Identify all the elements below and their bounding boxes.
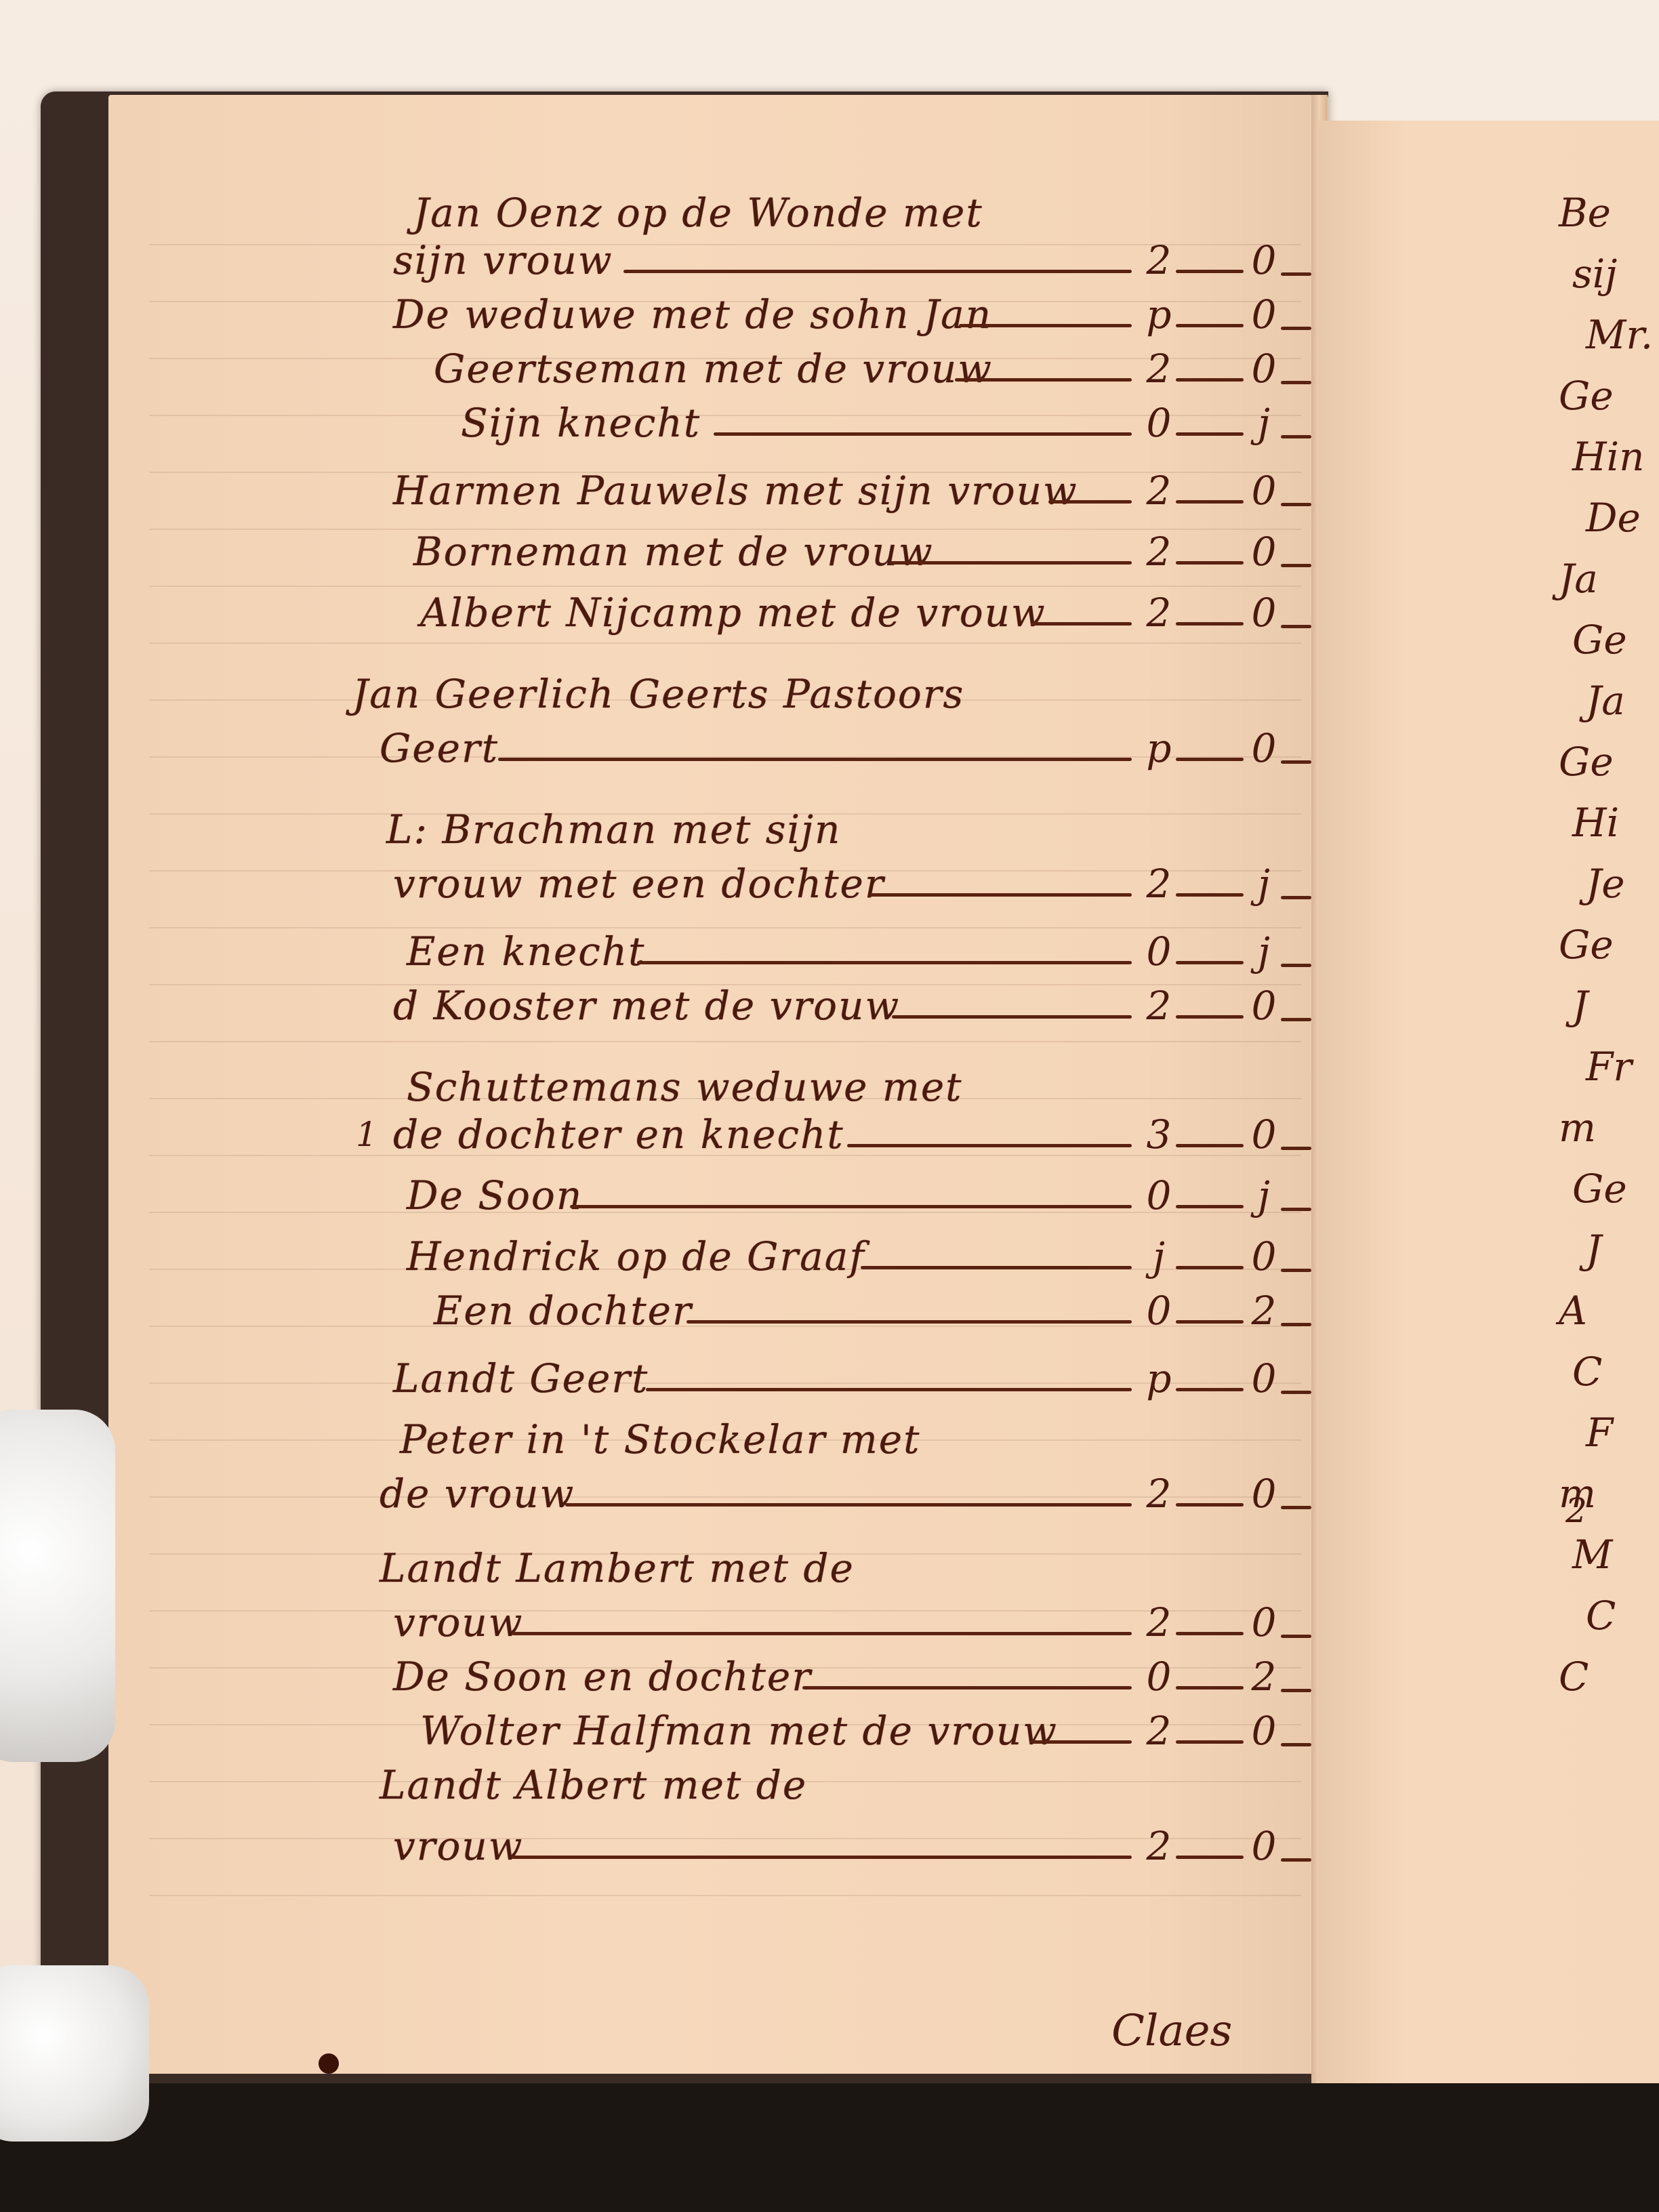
count-separator — [1176, 1686, 1244, 1689]
count-adults: 0 — [1142, 1654, 1176, 1700]
right-page-text-fragment: C — [1572, 1349, 1602, 1395]
entry-name: Hendrick op de Graaf — [407, 1233, 865, 1279]
register-entry: de vrouw20 — [0, 1471, 1315, 1525]
leader-dash — [955, 378, 1132, 382]
entry-name: vrouw — [393, 1823, 523, 1869]
count-adults: 2 — [1142, 237, 1176, 283]
ruled-line — [149, 1895, 1301, 1896]
right-page-text-fragment: C — [1559, 1654, 1589, 1700]
count-separator — [1176, 961, 1244, 964]
count-trailing-dash — [1281, 760, 1311, 764]
count-children: 0 — [1247, 1599, 1281, 1645]
count-children: 0 — [1247, 1823, 1281, 1869]
count-adults: 0 — [1142, 400, 1176, 446]
entry-name: Jan Oenz op de Wonde met — [413, 190, 983, 236]
register-entry: Landt Albert met de — [0, 1762, 1315, 1816]
catchword: Claes — [1111, 2006, 1232, 2056]
count-children: 0 — [1247, 1708, 1281, 1754]
leader-dash — [892, 1015, 1132, 1019]
count-separator — [1176, 1740, 1244, 1744]
entry-name: Peter in 't Stockelar met — [400, 1416, 920, 1462]
right-page-text-fragment: C — [1586, 1593, 1616, 1639]
entry-name: De Soon en dochter — [393, 1654, 812, 1700]
count-children: 0 — [1247, 1355, 1281, 1401]
count-adults: 2 — [1142, 590, 1176, 636]
count-children: 0 — [1247, 1111, 1281, 1158]
count-separator — [1176, 1015, 1244, 1019]
count-trailing-dash — [1281, 1391, 1311, 1394]
count-children: 2 — [1247, 1288, 1281, 1334]
right-page-text-fragment: m — [1559, 1105, 1596, 1151]
register-entry: Geertseman met de vrouw20 — [0, 346, 1315, 400]
entry-name: sijn vrouw — [393, 237, 613, 283]
leader-dash — [959, 324, 1132, 327]
count-children: 0 — [1247, 1471, 1281, 1517]
count-adults: 0 — [1142, 1172, 1176, 1218]
count-separator — [1176, 1205, 1244, 1208]
ruled-line — [149, 586, 1301, 587]
count-separator — [1176, 1144, 1244, 1147]
entry-name: Harmen Pauwels met sijn vrouw — [393, 468, 1078, 514]
count-children: 0 — [1247, 725, 1281, 771]
leader-dash — [714, 432, 1132, 436]
count-trailing-dash — [1281, 1858, 1311, 1862]
leader-dash — [512, 1632, 1132, 1635]
register-entry: Jan Geerlich Geerts Pastoors — [0, 671, 1315, 725]
entry-name: d Kooster met de vrouw — [393, 983, 900, 1029]
gloved-hand-top — [0, 1410, 115, 1762]
leader-dash — [890, 561, 1132, 565]
register-entry: d Kooster met de vrouw20 — [0, 983, 1315, 1037]
entry-name: Geertseman met de vrouw — [434, 346, 993, 392]
entry-name: Sijn knecht — [461, 400, 701, 446]
count-separator — [1176, 432, 1244, 436]
register-entry: de dochter en knecht30 — [0, 1111, 1315, 1166]
count-adults: 2 — [1142, 983, 1176, 1029]
right-page-text-fragment: Ge — [1559, 739, 1614, 785]
leader-dash — [1031, 1740, 1132, 1744]
count-adults: 2 — [1142, 1471, 1176, 1517]
register-entry: Hendrick op de Graafj0 — [0, 1233, 1315, 1288]
count-children: 0 — [1247, 237, 1281, 283]
right-page-text-fragment: Ge — [1572, 1166, 1627, 1212]
count-trailing-dash — [1281, 435, 1311, 438]
register-entry: Peter in 't Stockelar met — [0, 1416, 1315, 1471]
leader-dash — [565, 1503, 1132, 1507]
entry-name: De Soon — [407, 1172, 583, 1218]
count-children: 0 — [1247, 468, 1281, 514]
count-separator — [1176, 1632, 1244, 1635]
leader-dash — [512, 1856, 1132, 1859]
entry-name: vrouw — [393, 1599, 523, 1645]
leader-dash — [1031, 622, 1132, 626]
count-adults: p — [1142, 291, 1176, 337]
count-separator — [1176, 1503, 1244, 1507]
register-entry: De Soon en dochter02 — [0, 1654, 1315, 1708]
leader-dash — [637, 961, 1132, 964]
entry-name: Landt Lambert met de — [380, 1545, 855, 1591]
right-page-text-fragment: sij — [1572, 251, 1617, 297]
register-entry: Wolter Halfman met de vrouw20 — [0, 1708, 1315, 1762]
leader-dash — [847, 1144, 1132, 1147]
leader-dash — [623, 270, 1132, 273]
ruled-line — [149, 1041, 1301, 1042]
count-children: 0 — [1247, 291, 1281, 337]
register-entry: Borneman met de vrouw20 — [0, 529, 1315, 583]
leader-dash — [802, 1686, 1132, 1689]
right-page-text-fragment: J — [1572, 983, 1588, 1029]
right-page-text-fragment: Be — [1559, 190, 1611, 236]
register-entry: L: Brachman met sijn — [0, 806, 1315, 861]
register-entry: vrouw20 — [0, 1599, 1315, 1654]
count-trailing-dash — [1281, 896, 1311, 899]
count-trailing-dash — [1281, 503, 1311, 506]
right-page-text-fragment: Je — [1586, 861, 1625, 907]
right-page-text-fragment: Ge — [1559, 373, 1614, 419]
count-trailing-dash — [1281, 272, 1311, 276]
register-entry: sijn vrouw20 — [0, 237, 1315, 291]
dark-binding-floor — [0, 2083, 1659, 2212]
register-entry: De weduwe met de sohn Janp0 — [0, 291, 1315, 346]
count-separator — [1176, 893, 1244, 897]
register-entry: Landt Geertp0 — [0, 1355, 1315, 1410]
count-trailing-dash — [1281, 327, 1311, 330]
entry-name: Een dochter — [434, 1288, 693, 1334]
right-page-text-fragment: J — [1586, 1227, 1601, 1273]
count-trailing-dash — [1281, 625, 1311, 628]
entry-name: de dochter en knecht — [393, 1111, 844, 1158]
entry-name: Albert Nijcamp met de vrouw — [420, 590, 1046, 636]
count-trailing-dash — [1281, 1208, 1311, 1211]
register-entry: Harmen Pauwels met sijn vrouw20 — [0, 468, 1315, 522]
count-adults: 0 — [1142, 1288, 1176, 1334]
count-children: 0 — [1247, 346, 1281, 392]
right-margin-number: 2 — [1565, 1491, 1587, 1530]
register-entry: Jan Oenz op de Wonde met — [0, 190, 1315, 244]
count-children: j — [1247, 1172, 1281, 1218]
leader-dash — [687, 1320, 1132, 1324]
count-adults: 2 — [1142, 1823, 1176, 1869]
count-trailing-dash — [1281, 1743, 1311, 1746]
count-trailing-dash — [1281, 1689, 1311, 1692]
count-trailing-dash — [1281, 1147, 1311, 1150]
count-adults: 2 — [1142, 861, 1176, 907]
count-separator — [1176, 500, 1244, 504]
entry-name: Borneman met de vrouw — [413, 529, 934, 575]
count-separator — [1176, 324, 1244, 327]
register-entry: Een dochter02 — [0, 1288, 1315, 1342]
right-page-text-fragment: F — [1586, 1410, 1613, 1456]
register-entry: Landt Lambert met de — [0, 1545, 1315, 1599]
count-children: j — [1247, 928, 1281, 975]
count-adults: 3 — [1142, 1111, 1176, 1158]
register-entry: De Soon0j — [0, 1172, 1315, 1227]
register-entry: Geertp0 — [0, 725, 1315, 779]
entry-name: Geert — [380, 725, 499, 771]
right-page-text-fragment: Mr. — [1586, 312, 1653, 358]
count-children: 2 — [1247, 1654, 1281, 1700]
count-trailing-dash — [1281, 964, 1311, 967]
margin-number: 1 — [356, 1115, 377, 1154]
right-page-text-fragment: Fr — [1586, 1044, 1632, 1090]
count-separator — [1176, 622, 1244, 626]
count-children: 0 — [1247, 1233, 1281, 1279]
count-trailing-dash — [1281, 1323, 1311, 1326]
entry-name: Wolter Halfman met de vrouw — [420, 1708, 1058, 1754]
count-children: j — [1247, 400, 1281, 446]
entry-name: Jan Geerlich Geerts Pastoors — [352, 671, 964, 717]
register-entry: Een knecht0j — [0, 928, 1315, 983]
count-adults: 2 — [1142, 346, 1176, 392]
right-page-text-fragment: De — [1586, 495, 1641, 541]
entry-name: de vrouw — [380, 1471, 575, 1517]
right-page-text-fragment: Hi — [1572, 800, 1619, 846]
count-adults: 2 — [1142, 1708, 1176, 1754]
register-entry: vrouw met een dochter2j — [0, 861, 1315, 915]
entry-name: De weduwe met de sohn Jan — [393, 291, 992, 337]
right-page-text-fragment: Hin — [1572, 434, 1644, 480]
count-adults: j — [1142, 1233, 1176, 1279]
count-children: j — [1247, 861, 1281, 907]
count-separator — [1176, 378, 1244, 382]
count-separator — [1176, 1266, 1244, 1269]
right-page-text-fragment: A — [1559, 1288, 1587, 1334]
leader-dash — [646, 1388, 1132, 1391]
count-trailing-dash — [1281, 1635, 1311, 1638]
register-entry: Schuttemans weduwe met — [0, 1064, 1315, 1118]
right-page-text-fragment: Ja — [1586, 678, 1625, 724]
count-separator — [1176, 758, 1244, 761]
count-adults: p — [1142, 725, 1176, 771]
count-trailing-dash — [1281, 564, 1311, 567]
gloved-hand-bottom — [0, 1965, 149, 2142]
count-separator — [1176, 1320, 1244, 1324]
entry-name: Een knecht — [407, 928, 645, 975]
leader-dash — [861, 1266, 1132, 1269]
count-separator — [1176, 270, 1244, 273]
count-adults: p — [1142, 1355, 1176, 1401]
count-trailing-dash — [1281, 1269, 1311, 1272]
entry-name: L: Brachman met sijn — [386, 806, 841, 853]
entry-name: Schuttemans weduwe met — [407, 1064, 963, 1110]
register-entry: Sijn knecht0j — [0, 400, 1315, 454]
right-page-text-fragment: Ge — [1559, 922, 1614, 968]
ink-blot — [319, 2053, 339, 2074]
count-adults: 2 — [1142, 529, 1176, 575]
count-trailing-dash — [1281, 1506, 1311, 1509]
entry-name: vrouw met een dochter — [393, 861, 885, 907]
register-entry: Albert Nijcamp met de vrouw20 — [0, 590, 1315, 644]
count-trailing-dash — [1281, 1018, 1311, 1021]
count-children: 0 — [1247, 529, 1281, 575]
leader-dash — [1048, 500, 1132, 504]
count-adults: 0 — [1142, 928, 1176, 975]
count-separator — [1176, 1388, 1244, 1391]
leader-dash — [570, 1205, 1132, 1208]
count-adults: 2 — [1142, 1599, 1176, 1645]
count-separator — [1176, 561, 1244, 565]
count-adults: 2 — [1142, 468, 1176, 514]
right-page-text-fragment: M — [1572, 1532, 1612, 1578]
register-entry: vrouw20 — [0, 1823, 1315, 1877]
count-children: 0 — [1247, 590, 1281, 636]
entry-name: Landt Geert — [393, 1355, 649, 1401]
entry-name: Landt Albert met de — [380, 1762, 807, 1808]
count-children: 0 — [1247, 983, 1281, 1029]
count-trailing-dash — [1281, 381, 1311, 384]
right-page-text-fragment: Ge — [1572, 617, 1627, 663]
leader-dash — [869, 893, 1132, 897]
count-separator — [1176, 1856, 1244, 1859]
right-page-text-fragment: Ja — [1559, 556, 1598, 602]
leader-dash — [498, 758, 1132, 761]
